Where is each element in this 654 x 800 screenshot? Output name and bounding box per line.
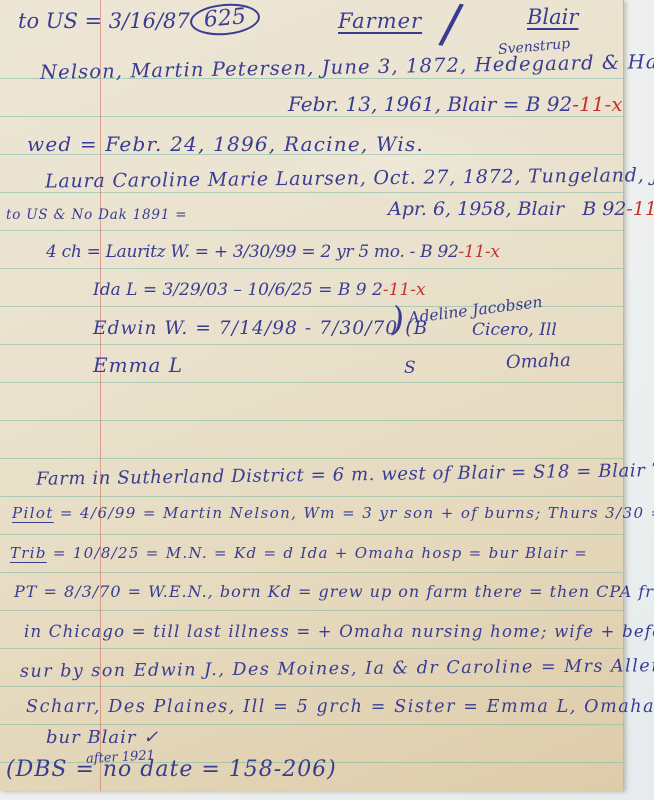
emma-status: S bbox=[404, 360, 416, 378]
marriage-line: wed = Febr. 24, 1896, Racine, Wis. bbox=[27, 134, 424, 155]
pilot-label: Pilot bbox=[12, 504, 54, 522]
record-number-circled: 625 bbox=[190, 4, 260, 35]
child-ida-code-red: -11-x bbox=[383, 280, 426, 300]
pilot-obit-note: Pilot = 4/6/99 = Martin Nelson, Wm = 3 y… bbox=[12, 506, 654, 522]
child-lauritz-text: 4 ch = Lauritz W. = + 3/30/99 = 2 yr 5 m… bbox=[46, 242, 458, 262]
child-line-ida: Ida L = 3/29/03 – 10/6/25 = B 9 2-11-x bbox=[93, 282, 426, 300]
subject-death-code-red: -11-x bbox=[572, 92, 622, 116]
burial-note: bur Blair ✓ bbox=[46, 729, 159, 748]
notebook-page: to US = 3/16/87 625 Farmer / Blair Nelso… bbox=[0, 0, 624, 791]
pt-obit-line-4: Scharr, Des Plaines, Ill = 5 grch = Sist… bbox=[26, 698, 654, 716]
occupation: Farmer bbox=[338, 10, 422, 32]
subject-death-line: Febr. 13, 1961, Blair = B 92-11-x bbox=[288, 94, 622, 115]
record-number: 625 bbox=[189, 1, 261, 38]
spouse-margin-note: to US & No Dak 1891 = bbox=[6, 208, 187, 222]
spouse-death-line: Apr. 6, 1958, Blair B 92-11 bbox=[388, 200, 654, 220]
emma-city: Omaha bbox=[506, 352, 572, 373]
child-lauritz-code-red: -11-x bbox=[458, 242, 499, 262]
spouse-death-code-red: -11 bbox=[626, 198, 654, 220]
child-line-lauritz: 4 ch = Lauritz W. = + 3/30/99 = 2 yr 5 m… bbox=[46, 244, 500, 262]
pilot-text: = 4/6/99 = Martin Nelson, Wm = 3 yr son … bbox=[54, 504, 654, 522]
pt-obit-line-1: PT = 8/3/70 = W.E.N., born Kd = grew up … bbox=[14, 584, 654, 601]
subject-death-text: Febr. 13, 1961, Blair = B 92 bbox=[288, 92, 572, 116]
trib-label: Trib bbox=[10, 544, 47, 562]
child-line-edwin: Edwin W. = 7/14/98 - 7/30/70 (B bbox=[93, 319, 428, 338]
child-ida-text: Ida L = 3/29/03 – 10/6/25 = B 9 2 bbox=[93, 280, 383, 300]
trib-text: = 10/8/25 = M.N. = Kd = d Ida + Omaha ho… bbox=[47, 544, 588, 562]
child-line-emma: Emma L bbox=[93, 355, 183, 376]
pt-obit-line-2: in Chicago = till last illness = + Omaha… bbox=[24, 623, 654, 640]
residence: Blair bbox=[527, 6, 578, 28]
arrival-note: to US = 3/16/87 bbox=[18, 10, 190, 32]
dbs-reference: (DBS = no date = 158-206) bbox=[6, 758, 337, 781]
edwin-city: Cicero, Ill bbox=[472, 322, 557, 340]
tribune-obit-note: Trib = 10/8/25 = M.N. = Kd = d Ida + Oma… bbox=[10, 546, 588, 562]
spouse-death-text: Apr. 6, 1958, Blair B 92 bbox=[388, 198, 626, 220]
